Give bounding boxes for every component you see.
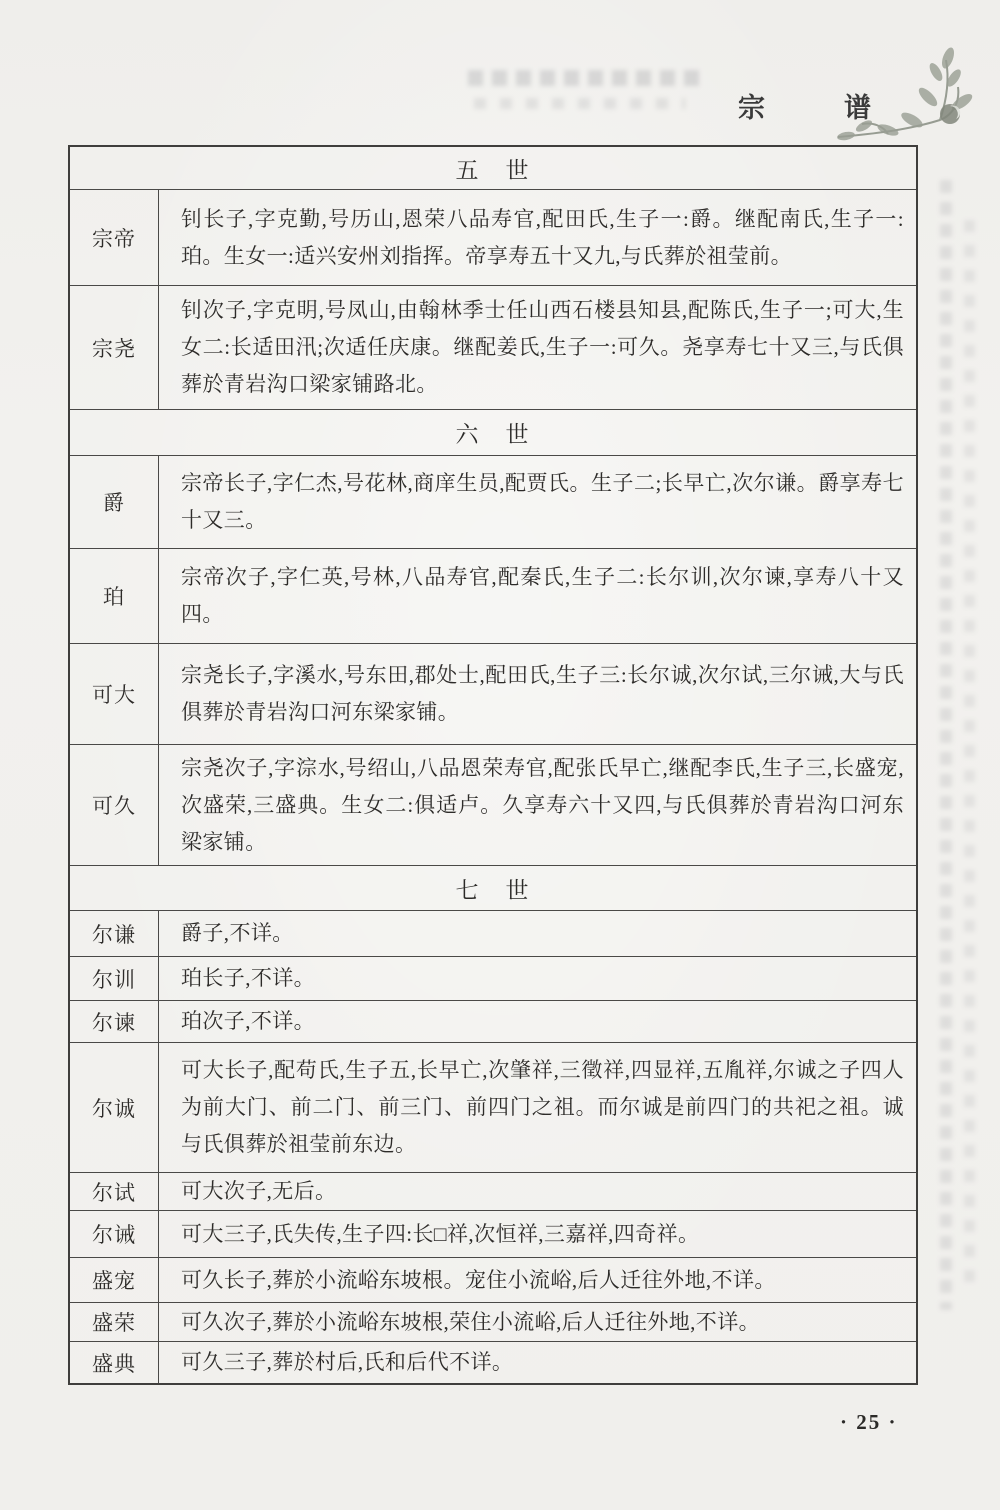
table-row: 宗帝 钊长子,字克勤,号历山,恩荣八品寿官,配田氏,生子一:爵。继配南氏,生子一… (70, 189, 916, 285)
table-row: 盛荣 可久次子,葬於小流峪东坡根,荣住小流峪,后人迁往外地,不详。 (70, 1302, 916, 1341)
section-title: 五 世 (456, 152, 531, 185)
section-title: 七 世 (456, 872, 531, 905)
person-name: 盛典 (70, 1342, 159, 1383)
section-row-generation-7: 七 世 (70, 865, 916, 910)
verso-bleedthrough-right-margin (938, 180, 986, 1310)
person-record: 可大长子,配苟氏,生子五,长早亡,次肇祥,三徵祥,四显祥,五胤祥,尔诚之子四人为… (181, 1052, 904, 1163)
section-title: 六 世 (456, 416, 531, 449)
person-record: 宗帝长子,字仁杰,号花林,商庠生员,配贾氏。生子二;长早亡,次尔谦。爵享寿七十又… (181, 465, 904, 539)
person-record: 宗帝次子,字仁英,号林,八品寿官,配秦氏,生子二:长尔训,次尔谏,享寿八十又四。 (181, 559, 904, 633)
person-record: 爵子,不详。 (181, 915, 294, 952)
person-name: 盛荣 (70, 1303, 159, 1341)
table-row: 尔诚 可大长子,配苟氏,生子五,长早亡,次肇祥,三徵祥,四显祥,五胤祥,尔诚之子… (70, 1042, 916, 1172)
person-name: 爵 (70, 456, 159, 548)
table-row: 尔试 可大次子,无后。 (70, 1172, 916, 1210)
person-name: 宗尧 (70, 286, 159, 409)
table-row: 宗尧 钊次子,字克明,号凤山,由翰林季士任山西石楼县知县,配陈氏,生子一;可大,… (70, 285, 916, 409)
person-name: 可久 (70, 745, 159, 865)
person-record: 钊长子,字克勤,号历山,恩荣八品寿官,配田氏,生子一:爵。继配南氏,生子一:珀。… (181, 201, 904, 275)
section-row-generation-5: 五 世 (70, 147, 916, 189)
table-row: 尔训 珀长子,不详。 (70, 956, 916, 1000)
person-name: 宗帝 (70, 190, 159, 285)
table-row: 可大 宗尧长子,字溪水,号东田,郡处士,配田氏,生子三:长尔诚,次尔试,三尔诫,… (70, 643, 916, 744)
person-name: 尔诚 (70, 1043, 159, 1172)
person-record: 可久长子,葬於小流峪东坡根。宠住小流峪,后人迁往外地,不详。 (181, 1262, 776, 1299)
person-name: 可大 (70, 644, 159, 744)
genealogy-table: 五 世 宗帝 钊长子,字克勤,号历山,恩荣八品寿官,配田氏,生子一:爵。继配南氏… (68, 145, 918, 1385)
table-row: 盛典 可久三子,葬於村后,氏和后代不详。 (70, 1341, 916, 1383)
table-row: 尔谦 爵子,不详。 (70, 910, 916, 956)
person-record: 宗尧次子,字淙水,号绍山,八品恩荣寿官,配张氏早亡,继配李氏,生子三,长盛宠,次… (181, 750, 904, 861)
table-row: 尔谏 珀次子,不详。 (70, 1000, 916, 1042)
table-row: 珀 宗帝次子,字仁英,号林,八品寿官,配秦氏,生子二:长尔训,次尔谏,享寿八十又… (70, 548, 916, 643)
person-name: 珀 (70, 549, 159, 643)
person-name: 尔训 (70, 957, 159, 1000)
table-row: 可久 宗尧次子,字淙水,号绍山,八品恩荣寿官,配张氏早亡,继配李氏,生子三,长盛… (70, 744, 916, 865)
person-record: 可久次子,葬於小流峪东坡根,荣住小流峪,后人迁往外地,不详。 (181, 1304, 760, 1341)
floral-branch-icon (828, 42, 978, 147)
person-name: 盛宠 (70, 1258, 159, 1302)
person-record: 珀次子,不详。 (181, 1003, 315, 1040)
person-name: 尔试 (70, 1173, 159, 1210)
person-name: 尔谦 (70, 911, 159, 956)
person-name: 尔诫 (70, 1211, 159, 1257)
page-number: · 25 · (840, 1410, 898, 1435)
table-row: 尔诫 可大三子,氏失传,生子四:长□祥,次恒祥,三嘉祥,四奇祥。 (70, 1210, 916, 1257)
person-record: 可大三子,氏失传,生子四:长□祥,次恒祥,三嘉祥,四奇祥。 (181, 1216, 699, 1253)
scanned-genealogy-page: { "page": { "header_title": "宗 谱", "page… (0, 0, 1000, 1510)
person-name: 尔谏 (70, 1001, 159, 1042)
table-row: 爵 宗帝长子,字仁杰,号花林,商庠生员,配贾氏。生子二;长早亡,次尔谦。爵享寿七… (70, 455, 916, 548)
person-record: 可大次子,无后。 (181, 1173, 336, 1210)
person-record: 钊次子,字克明,号凤山,由翰林季士任山西石楼县知县,配陈氏,生子一;可大,生女二… (181, 292, 904, 403)
table-row: 盛宠 可久长子,葬於小流峪东坡根。宠住小流峪,后人迁往外地,不详。 (70, 1257, 916, 1302)
person-record: 可久三子,葬於村后,氏和后代不详。 (181, 1344, 513, 1381)
verso-bleedthrough-top (468, 66, 703, 112)
person-record: 宗尧长子,字溪水,号东田,郡处士,配田氏,生子三:长尔诚,次尔试,三尔诫,大与氏… (181, 657, 904, 731)
section-row-generation-6: 六 世 (70, 409, 916, 455)
person-record: 珀长子,不详。 (181, 960, 315, 997)
